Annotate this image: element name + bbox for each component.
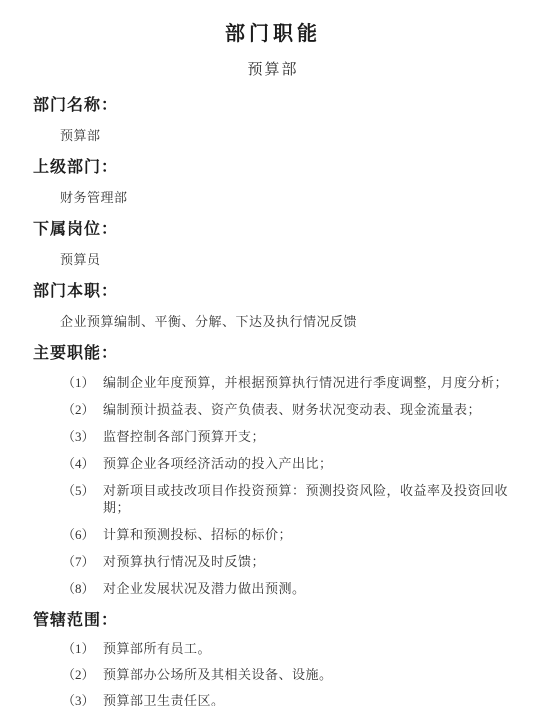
list-item: （2） 预算部办公场所及其相关设备、设施。 xyxy=(62,666,513,683)
section-heading: 下属岗位： xyxy=(33,220,513,240)
item-text: 编制企业年度预算，并根据预算执行情况进行季度调整，月度分析； xyxy=(103,374,513,391)
list-item: （1） 预算部所有员工。 xyxy=(62,640,513,657)
item-number: （2） xyxy=(62,401,103,418)
item-number: （5） xyxy=(62,482,103,499)
item-text: 编制预计损益表、资产负债表、财务状况变动表、现金流量表； xyxy=(103,401,513,418)
section-department-name: 部门名称： 预算部 xyxy=(33,96,513,144)
list-item: （4） 预算企业各项经济活动的投入产出比； xyxy=(62,455,513,472)
section-department-duty: 部门本职： 企业预算编制、平衡、分解、下达及执行情况反馈 xyxy=(33,282,513,330)
list-item: （5） 对新项目或技改项目作投资预算：预测投资风险，收益率及投资回收期； xyxy=(62,482,513,516)
item-text: 监督控制各部门预算开支； xyxy=(103,428,513,445)
section-main-functions: 主要职能： （1） 编制企业年度预算，并根据预算执行情况进行季度调整，月度分析；… xyxy=(33,344,513,597)
list-item: （8） 对企业发展状况及潜力做出预测。 xyxy=(62,580,513,597)
jurisdiction-list: （1） 预算部所有员工。 （2） 预算部办公场所及其相关设备、设施。 （3） 预… xyxy=(33,640,513,706)
item-text: 对预算执行情况及时反馈； xyxy=(103,553,513,570)
section-heading: 管辖范围： xyxy=(33,611,513,631)
section-body: 预算员 xyxy=(60,251,513,268)
section-heading: 部门名称： xyxy=(33,96,513,116)
item-text: 预算部卫生责任区。 xyxy=(103,692,513,706)
item-number: （6） xyxy=(62,526,103,543)
document-page: 部门职能 预算部 部门名称： 预算部 上级部门： 财务管理部 下属岗位： 预算员… xyxy=(0,0,539,706)
item-number: （1） xyxy=(62,374,103,391)
item-text: 预算部办公场所及其相关设备、设施。 xyxy=(103,666,513,683)
item-text: 对企业发展状况及潜力做出预测。 xyxy=(103,580,513,597)
main-functions-list: （1） 编制企业年度预算，并根据预算执行情况进行季度调整，月度分析； （2） 编… xyxy=(33,374,513,597)
list-item: （3） 预算部卫生责任区。 xyxy=(62,692,513,706)
item-number: （4） xyxy=(62,455,103,472)
section-heading: 上级部门： xyxy=(33,158,513,178)
doc-title: 部门职能 xyxy=(33,16,513,46)
item-number: （7） xyxy=(62,553,103,570)
list-item: （2） 编制预计损益表、资产负债表、财务状况变动表、现金流量表； xyxy=(62,401,513,418)
section-body: 预算部 xyxy=(60,127,513,144)
list-item: （6） 计算和预测投标、招标的标价； xyxy=(62,526,513,543)
list-item: （1） 编制企业年度预算，并根据预算执行情况进行季度调整，月度分析； xyxy=(62,374,513,391)
section-heading: 主要职能： xyxy=(33,344,513,364)
item-text: 对新项目或技改项目作投资预算：预测投资风险，收益率及投资回收期； xyxy=(103,482,513,516)
section-heading: 部门本职： xyxy=(33,282,513,302)
item-text: 预算企业各项经济活动的投入产出比； xyxy=(103,455,513,472)
item-text: 预算部所有员工。 xyxy=(103,640,513,657)
section-superior-department: 上级部门： 财务管理部 xyxy=(33,158,513,206)
item-text: 计算和预测投标、招标的标价； xyxy=(103,526,513,543)
section-body: 企业预算编制、平衡、分解、下达及执行情况反馈 xyxy=(60,313,513,330)
section-subordinate-positions: 下属岗位： 预算员 xyxy=(33,220,513,268)
item-number: （3） xyxy=(62,692,103,706)
item-number: （1） xyxy=(62,640,103,657)
item-number: （3） xyxy=(62,428,103,445)
list-item: （7） 对预算执行情况及时反馈； xyxy=(62,553,513,570)
item-number: （8） xyxy=(62,580,103,597)
item-number: （2） xyxy=(62,666,103,683)
section-jurisdiction-scope: 管辖范围： （1） 预算部所有员工。 （2） 预算部办公场所及其相关设备、设施。… xyxy=(33,611,513,706)
doc-subtitle: 预算部 xyxy=(33,60,513,80)
section-body: 财务管理部 xyxy=(60,189,513,206)
list-item: （3） 监督控制各部门预算开支； xyxy=(62,428,513,445)
